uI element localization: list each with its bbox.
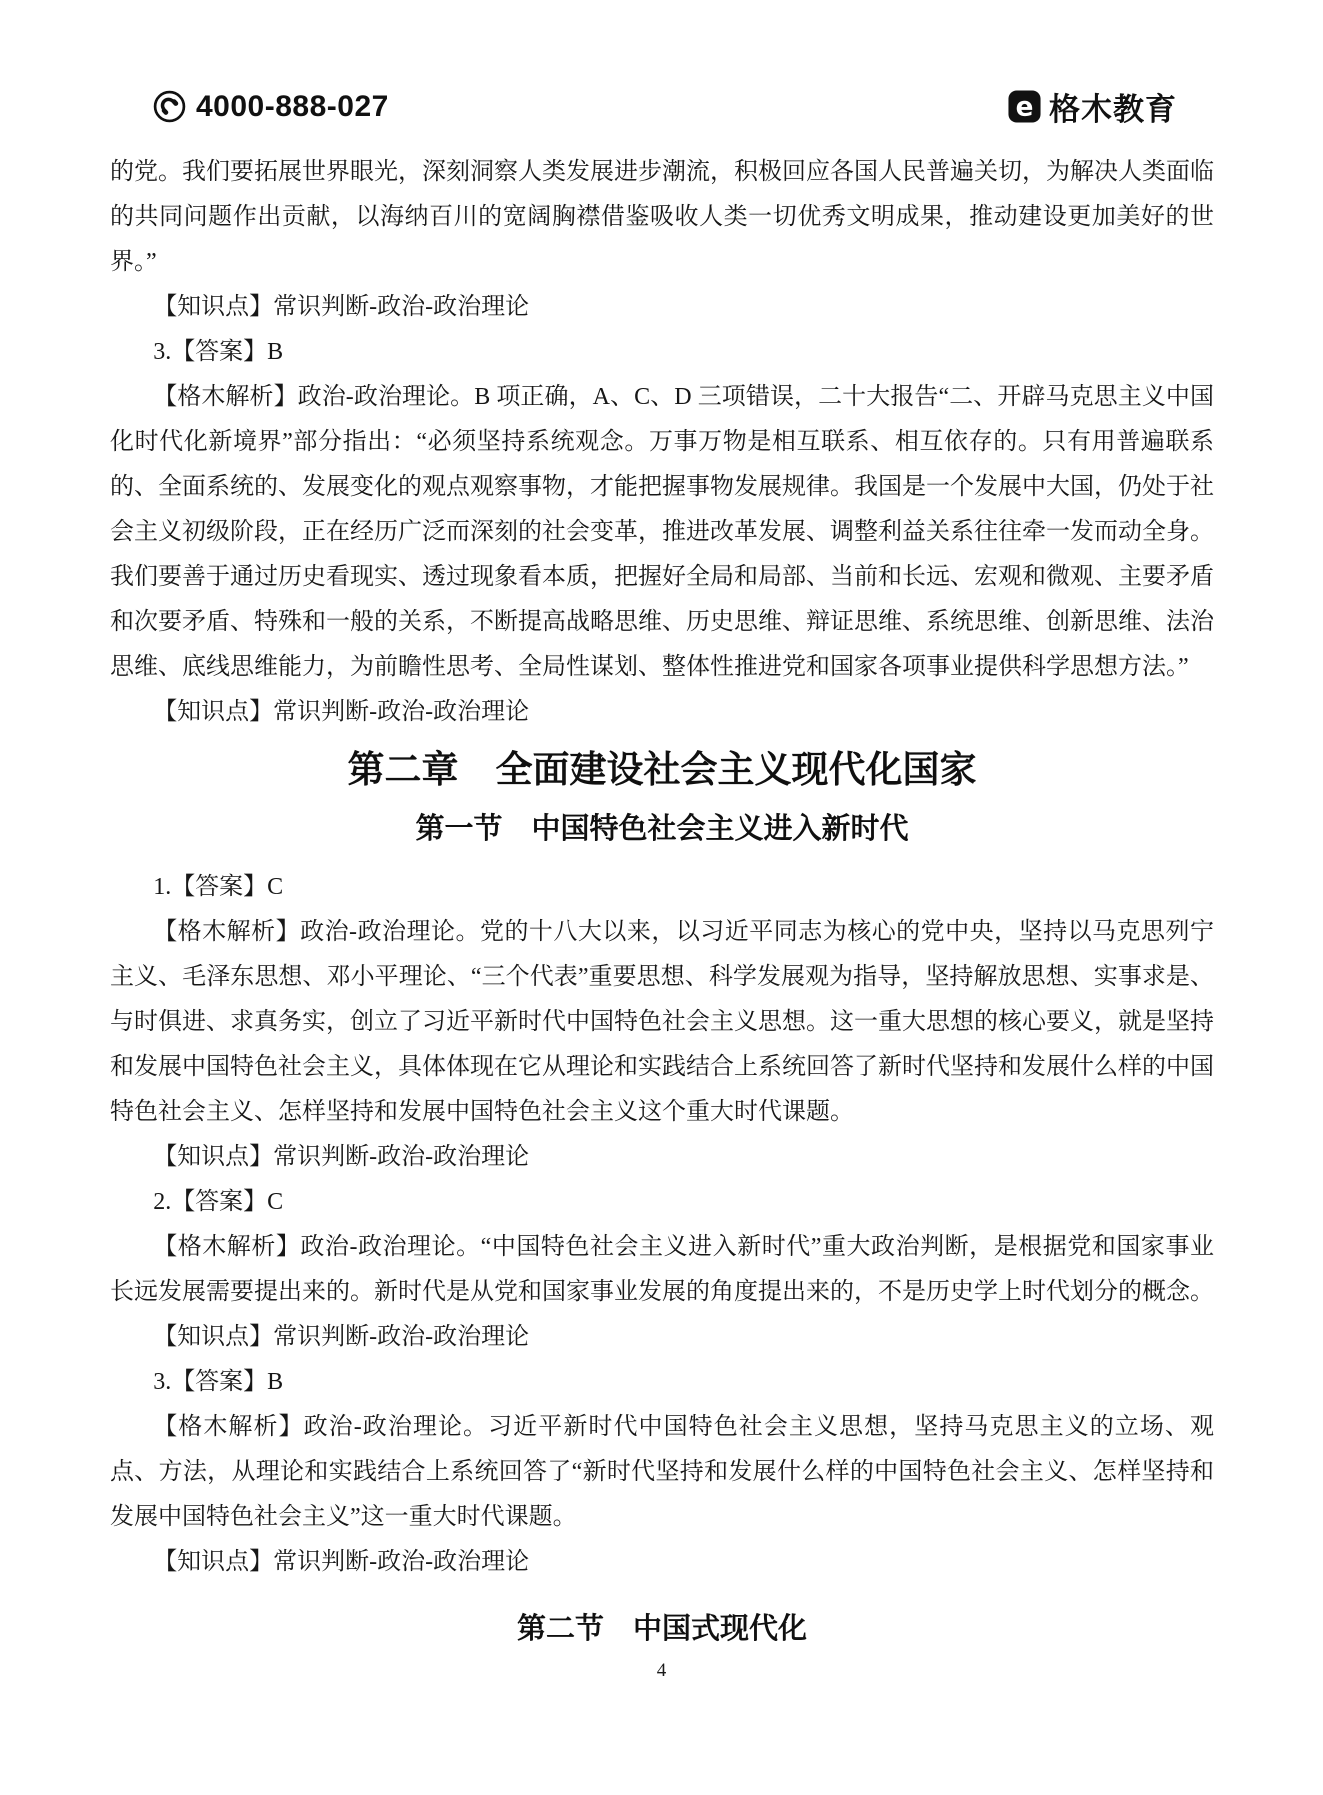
contact-phone: 4000-888-027: [110, 89, 389, 124]
page-header: 4000-888-027 e 格木教育: [110, 84, 1213, 129]
analysis-paragraph: 【格木解析】政治-政治理论。“中国特色社会主义进入新时代”重大政治判断，是根据党…: [110, 1225, 1214, 1315]
page-footer: 4: [0, 1660, 1323, 1682]
knowledge-point: 【知识点】常识判断-政治-政治理论: [110, 1540, 1214, 1585]
analysis-paragraph: 【格木解析】政治-政治理论。党的十八大以来，以习近平同志为核心的党中央，坚持以马…: [110, 910, 1214, 1135]
answer-line: 1.【答案】C: [110, 865, 1214, 910]
knowledge-point: 【知识点】常识判断-政治-政治理论: [110, 1315, 1214, 1360]
phone-icon: [152, 89, 187, 124]
paragraph-continuation: 的党。我们要拓展世界眼光，深刻洞察人类发展进步潮流，积极回应各国人民普遍关切，为…: [110, 150, 1214, 285]
page-number: 4: [657, 1660, 667, 1681]
analysis-paragraph: 【格木解析】政治-政治理论。习近平新时代中国特色社会主义思想，坚持马克思主义的立…: [110, 1405, 1214, 1540]
phone-number: 4000-888-027: [196, 90, 389, 124]
brand-logo: e 格木教育: [1007, 84, 1213, 129]
answer-line: 3.【答案】B: [110, 1360, 1214, 1405]
analysis-paragraph: 【格木解析】政治-政治理论。B 项正确，A、C、D 三项错误，二十大报告“二、开…: [110, 375, 1214, 690]
knowledge-point: 【知识点】常识判断-政治-政治理论: [110, 690, 1214, 735]
answer-line: 2.【答案】C: [110, 1180, 1214, 1225]
document-page: 4000-888-027 e 格木教育 的党。我们要拓展世界眼光，深刻洞察人类发…: [0, 0, 1323, 1795]
knowledge-point: 【知识点】常识判断-政治-政治理论: [110, 1135, 1214, 1180]
logo-text: 格木教育: [1049, 84, 1177, 129]
document-body: 的党。我们要拓展世界眼光，深刻洞察人类发展进步潮流，积极回应各国人民普遍关切，为…: [110, 150, 1214, 1651]
svg-text:e: e: [1016, 92, 1034, 122]
section-heading: 第一节 中国特色社会主义进入新时代: [110, 807, 1214, 851]
chapter-heading: 第二章 全面建设社会主义现代化国家: [110, 745, 1214, 795]
section-heading: 第二节 中国式现代化: [110, 1607, 1214, 1651]
knowledge-point: 【知识点】常识判断-政治-政治理论: [110, 285, 1214, 330]
gemu-logo-icon: e: [1007, 89, 1042, 124]
answer-line: 3.【答案】B: [110, 330, 1214, 375]
